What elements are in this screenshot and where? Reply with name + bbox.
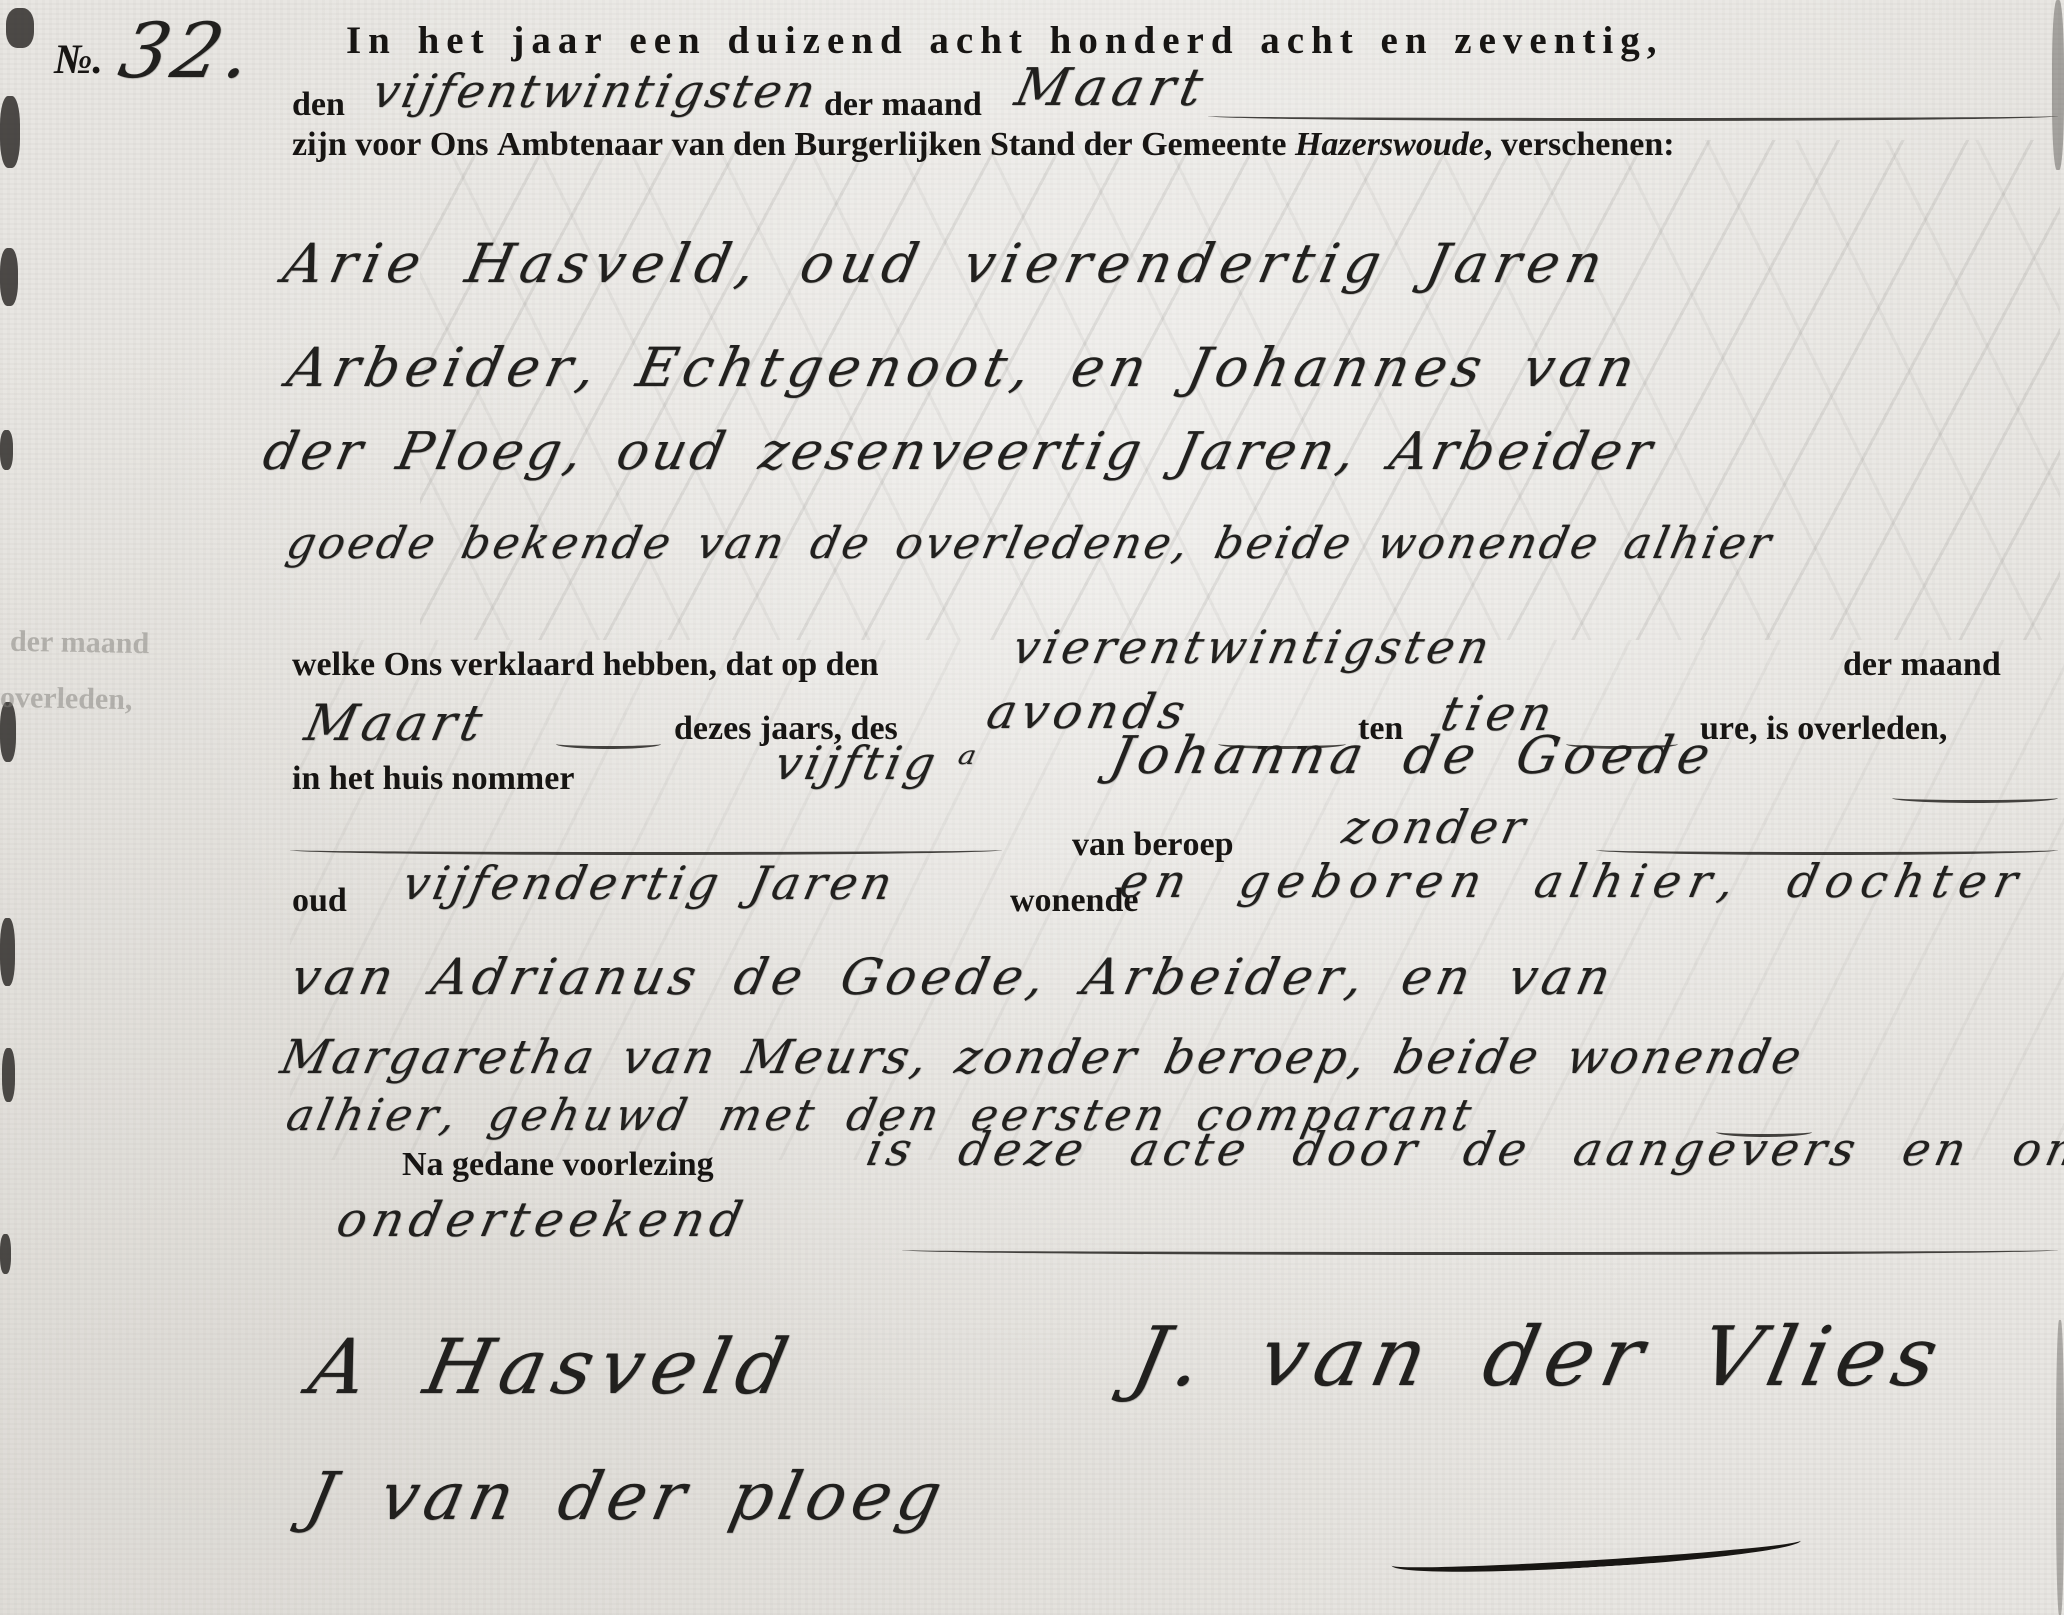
label-den: den: [292, 86, 345, 124]
blank-rule: [556, 712, 661, 749]
blank-rule: [1596, 818, 2058, 855]
label-huis-nommer: in het huis nommer: [292, 760, 574, 798]
handwritten-body-line-1: Arie Hasveld, oud vierendertig Jaren: [278, 232, 1615, 295]
gemeente-name: Hazerswoude: [1295, 126, 1484, 163]
handwritten-closing-line-2: onderteekend: [332, 1192, 753, 1248]
label-ure-overleden: ure, is overleden,: [1700, 710, 1947, 748]
presence-line: zijn voor Ons Ambtenaar van den Burgerli…: [292, 126, 1675, 164]
label-der-maand-1: der maand: [824, 86, 982, 124]
handwritten-age: vijfendertig Jaren: [398, 856, 901, 910]
presence-suffix: , verschenen:: [1484, 126, 1675, 163]
handwritten-day-of-record: vijfentwintigsten: [368, 64, 823, 118]
scan-artifact: [6, 8, 34, 48]
handwritten-house-number: vijftig ᵃ: [770, 736, 984, 790]
scan-artifact: [0, 430, 13, 470]
header-year-line: In het jaar een duizend acht honderd ach…: [346, 18, 1663, 63]
scan-artifact: [0, 248, 18, 306]
handwritten-closing-line-1: is deze acte door de aangevers en ons: [862, 1122, 2064, 1176]
label-na-gedane-voorlezing: Na gedane voorlezing: [402, 1146, 714, 1184]
ghost-text-der-maand: der maand: [10, 625, 150, 661]
handwritten-body-line-2: Arbeider, Echtgenoot, en Johannes van: [282, 336, 1646, 399]
act-number-value: 32.: [112, 6, 264, 95]
signature-declarant-2: J van der ploeg: [300, 1458, 954, 1535]
handwritten-body-line-3: der Ploeg, oud zesenveertig Jaren, Arbei…: [258, 422, 1661, 482]
signature-registrar: J. van der Vlies: [1124, 1310, 1954, 1405]
ghost-text-overleden: overleden,: [0, 681, 133, 717]
handwritten-parents-line-1: van Adrianus de Goede, Arbeider, en van: [286, 948, 1621, 1006]
handwritten-day-of-death: vierentwintigsten: [1008, 620, 1498, 674]
signature-flourish-underline: [1388, 1488, 1801, 1580]
handwritten-occupation: zonder: [1338, 800, 1534, 854]
blank-rule: [902, 1218, 2058, 1255]
declare-line: welke Ons verklaard hebben, dat op den: [292, 646, 879, 684]
label-der-maand-2: der maand: [1843, 646, 2001, 684]
blank-rule: [290, 818, 1002, 855]
blank-rule: [1208, 84, 2058, 121]
label-oud: oud: [292, 882, 347, 920]
scan-artifact: [2, 1048, 15, 1102]
handwritten-deceased-name: Johanna de Goede: [1105, 726, 1721, 786]
presence-prefix: zijn voor Ons Ambtenaar van den Burgerli…: [292, 126, 1295, 163]
scan-artifact: [0, 918, 15, 986]
scan-artifact: [0, 1234, 11, 1274]
death-certificate-page: der maand overleden, №. 32. In het jaar …: [0, 0, 2064, 1615]
signature-declarant-1: A Hasveld: [302, 1322, 803, 1411]
scan-artifact: [2056, 1320, 2064, 1615]
act-number-label: №.: [54, 36, 103, 84]
handwritten-body-line-4: goede bekende van de overledene, beide w…: [282, 518, 1778, 569]
handwritten-parents-line-2: Margaretha van Meurs, zonder beroep, bei…: [276, 1030, 1809, 1085]
scan-artifact: [0, 96, 20, 168]
handwritten-month-of-record: Maart: [1010, 58, 1214, 118]
blank-rule: [1892, 766, 2058, 803]
scan-artifact: [2052, 0, 2064, 170]
handwritten-residence-birth: en geboren alhier, dochter: [1115, 854, 2030, 908]
handwritten-month-of-death: Maart: [300, 694, 492, 752]
